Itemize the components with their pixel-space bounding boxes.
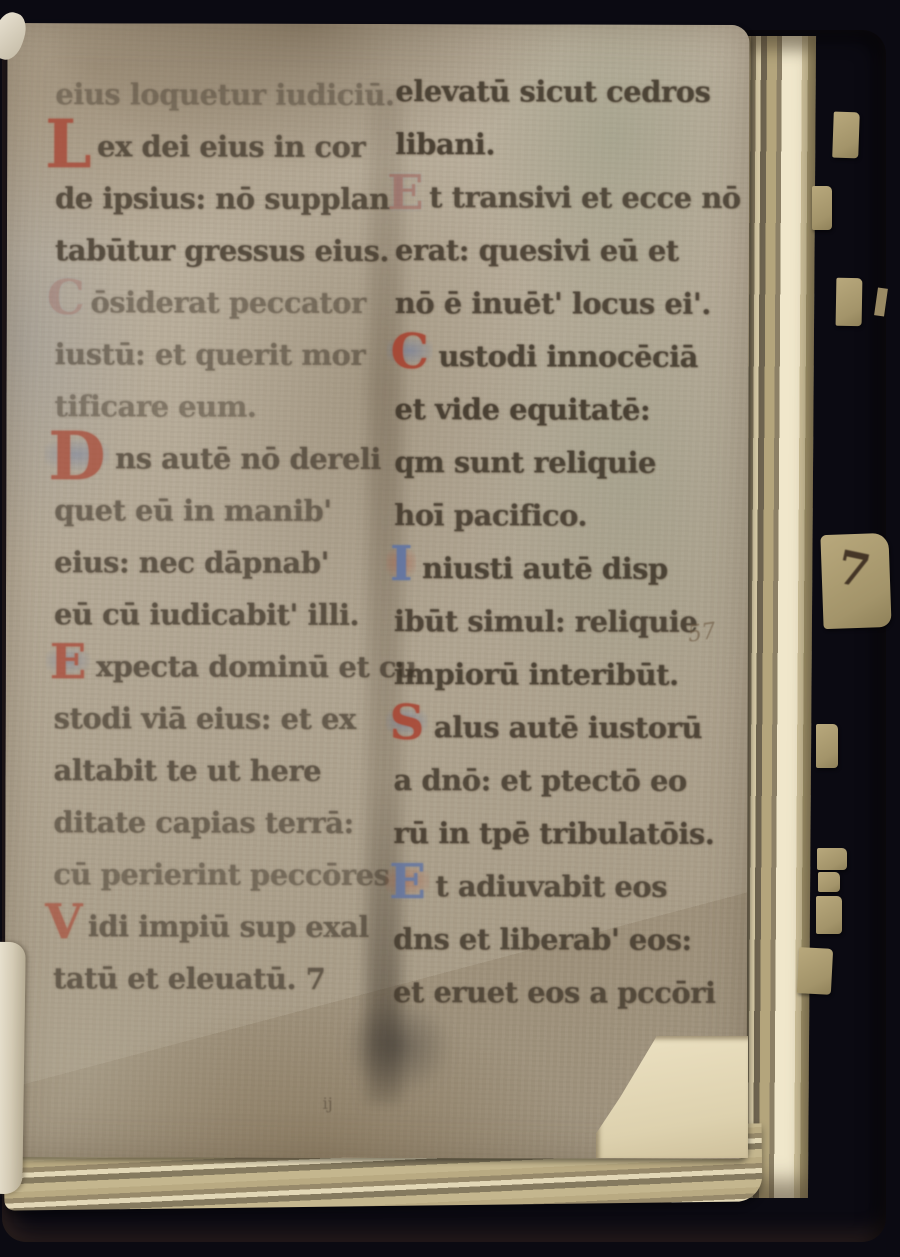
fore-edge-tab[interactable]	[818, 872, 840, 892]
text-line: impiorū interibūt.	[394, 657, 738, 711]
illuminated-initial: L	[45, 127, 91, 161]
tab-numeral: 7	[832, 539, 875, 598]
text-line: dns et liberab' eos:	[393, 922, 737, 976]
illuminated-initial: E	[385, 867, 429, 897]
text-line: Et transivi et ecce nō	[395, 180, 739, 234]
text-line: et eruet eos a pccōri	[393, 975, 737, 1029]
text-line: ibūt simul: reliquie	[394, 604, 738, 658]
illuminated-initial: C	[387, 337, 433, 367]
text-line: libani.	[395, 127, 739, 181]
fore-edge-tab-numbered[interactable]: 7	[820, 533, 891, 629]
fore-edge-tab[interactable]	[816, 724, 838, 768]
illuminated-initial: I	[386, 549, 416, 579]
text-line: Iniusti autē disp	[394, 551, 738, 605]
text-line: nō ē inuēt' locus ei'.	[395, 286, 739, 340]
text-line: Lex dei eius in cor	[55, 129, 381, 182]
fore-edge-tab[interactable]	[816, 896, 842, 934]
illuminated-initial: C	[47, 283, 85, 313]
illuminated-initial: E	[387, 178, 423, 208]
text-line: Cōsiderat peccator	[55, 285, 381, 338]
text-line: hoī pacifico.	[394, 498, 738, 552]
fore-edge-tab[interactable]	[836, 278, 863, 326]
text-line: iustū: et querit mor	[55, 337, 381, 390]
fore-edge-tab[interactable]	[817, 848, 847, 870]
quire-mark: ij	[323, 1094, 333, 1113]
text-line: tabūtur gressus eius.	[55, 233, 381, 286]
fore-edge-tab[interactable]	[832, 112, 860, 159]
text-line: rū in tpē tribulatōis.	[393, 816, 737, 870]
illuminated-initial: D	[44, 439, 109, 473]
text-line: eius loquetur iudiciū.	[55, 77, 381, 130]
text-line: stodi viā eius: et ex	[54, 701, 380, 754]
illuminated-initial: E	[46, 647, 90, 677]
page-curl-left-edge	[0, 942, 26, 1194]
text-line: Salus autē iustorū	[394, 710, 738, 764]
text-column-left: eius loquetur iudiciū.Lex dei eius in co…	[53, 77, 381, 1014]
text-line: et vide equitatē:	[394, 392, 738, 446]
illuminated-initial: S	[386, 708, 428, 738]
illuminated-initial: V	[45, 907, 82, 937]
text-line: ditate capias terrā:	[53, 805, 379, 858]
folio-number-annotation: 57	[686, 619, 717, 648]
text-line: Expecta dominū et cu	[54, 649, 380, 702]
text-line: erat: quesivi eū et	[395, 233, 739, 287]
text-line: Vidi impiū sup exal	[53, 909, 379, 962]
manuscript-photograph: eius loquetur iudiciū.Lex dei eius in co…	[0, 0, 900, 1257]
text-line: eū cū iudicabit' illi.	[54, 597, 380, 650]
text-line: elevatū sicut cedros	[395, 74, 739, 128]
fore-edge-tab[interactable]	[797, 947, 833, 995]
text-line: Custodi innocēciā	[395, 339, 739, 393]
text-line: de ipsius: nō supplan	[55, 181, 381, 234]
fore-edge-tab[interactable]	[812, 186, 832, 230]
text-line: Et adiuvabit eos	[393, 869, 737, 923]
text-line: cū perierint peccōres	[53, 857, 379, 910]
text-column-right: elevatū sicut cedroslibani.Et transivi e…	[393, 74, 739, 1029]
text-line: eius: nec dāpnab'	[54, 545, 380, 598]
text-line: altabit te ut here	[53, 753, 379, 806]
text-line: Dns autē nō dereli	[54, 441, 380, 494]
text-line: tatū et eleuatū. 7	[53, 961, 379, 1014]
text-line: quet eū in manib'	[54, 493, 380, 546]
text-line: qm sunt reliquie	[394, 445, 738, 499]
text-line: a dnō: et ptectō eo	[393, 763, 737, 817]
manuscript-page: eius loquetur iudiciū.Lex dei eius in co…	[5, 23, 750, 1159]
